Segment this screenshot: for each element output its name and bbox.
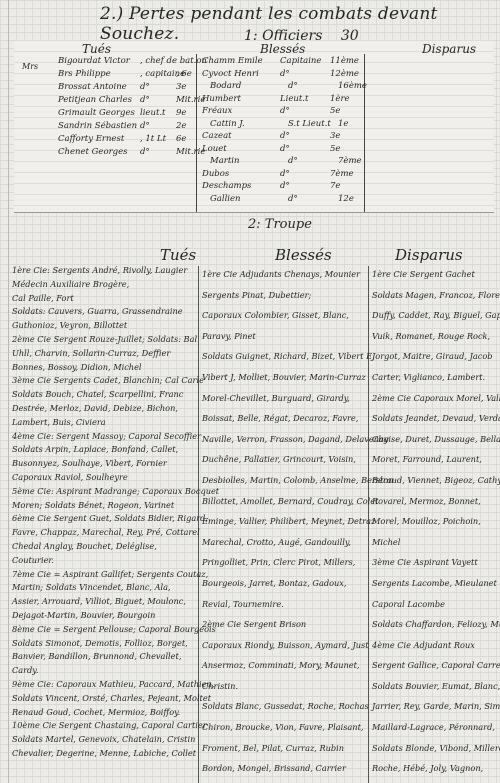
missing-entry-line: Vuik, Romanet, Rouge Rock, <box>372 326 500 347</box>
killed-entry-line: Cardy. <box>12 664 197 678</box>
officer-name: Brossat Antoine <box>58 82 127 92</box>
officer-killed-row: Grimault Georgeslieut.t9e <box>58 108 194 118</box>
missing-entry-line: Soldats Chaffardon, Feliozy, Mugard <box>372 614 500 635</box>
officer-grade: , chef de bat.on <box>140 56 207 66</box>
officers-column-missing: Disparus <box>422 42 476 56</box>
officers-column-killed: Tués <box>82 42 111 56</box>
officer-unit: 5e <box>330 144 340 154</box>
wounded-entry-line: Vibert J, Molliet, Bouvier, Marin-Curraz <box>202 367 367 388</box>
officer-grade: d° <box>280 169 290 179</box>
officer-grade: d° <box>140 95 150 105</box>
officer-grade: d° <box>280 131 290 141</box>
troop-killed-list: 1ère Cie: Sergents André, Rivolly, Laugi… <box>12 264 197 761</box>
officer-grade: d° <box>140 82 150 92</box>
column-divider <box>364 54 365 212</box>
killed-entry-line: Moren; Soldats Bénet, Rogeon, Varinet <box>12 499 197 513</box>
killed-entry-line: 4ème Cie: Sergent Massoy; Caporal Secoff… <box>12 430 197 444</box>
officer-killed-row: Cafforty Ernest, 1t Lt6e <box>58 134 194 144</box>
officer-wounded-row: Chamm EmileCapitaine11ème <box>202 56 362 66</box>
missing-entry-line: Sergent Gallice, Caporal Carre; <box>372 655 500 676</box>
killed-entry-line: Soldats Bouch, Chatel, Scarpellini, Fran… <box>12 388 197 402</box>
officer-unit: 16ème <box>338 81 367 91</box>
troop-missing-list: 1ère Cie Sergent GachetSoldats Magen, Fr… <box>372 264 500 779</box>
troop-column-wounded: Blessés <box>275 246 332 264</box>
killed-entry-line: Dejagot-Martin, Bouvier, Bourgoin <box>12 609 197 623</box>
officer-name: Fréaux <box>202 106 232 116</box>
missing-entry-line: Roche, Hébé, Joly, Vagnon, <box>372 758 500 779</box>
officer-unit: 7ème <box>338 156 362 166</box>
missing-entry-line: Moret, Farround, Laurent, <box>372 449 500 470</box>
missing-entry-line: Soldats Magen, Francoz, Floret <box>372 285 500 306</box>
wounded-entry-line: Ansermoz, Comminati, Mory, Maunet, <box>202 655 367 676</box>
wounded-entry-line: Eminge, Vallier, Philibert, Meynet, Detr… <box>202 511 367 532</box>
killed-entry-line: 1ère Cie: Sergents André, Rivolly, Laugi… <box>12 264 197 278</box>
officer-wounded-row: HumbertLieut.t1ère <box>202 94 362 104</box>
wounded-entry-line: 2ème Cie Sergent Brison <box>202 614 367 635</box>
officer-name: Chenet Georges <box>58 147 127 157</box>
officer-wounded-row: Galliend°12e <box>210 194 370 204</box>
killed-entry-line: 10ème Cie Sergent Chastaing, Caporal Car… <box>12 719 197 733</box>
killed-entry-line: Destrée, Merloz, David, Debize, Bichon, <box>12 402 197 416</box>
killed-entry-line: Renaud Goud, Cochet, Mermioz, Boiffoy. <box>12 706 197 720</box>
officer-wounded-row: Dubosd°7ème <box>202 169 362 179</box>
officer-wounded-row: Martind°7ème <box>210 156 370 166</box>
officer-wounded-row: Cattin J.S.t Lieut.t1e <box>210 119 370 129</box>
officer-wounded-row: Louetd°5e <box>202 144 362 154</box>
missing-entry-line: Sergents Lacombe, Mieulanet <box>372 573 500 594</box>
officer-wounded-row: Fréauxd°5e <box>202 106 362 116</box>
wounded-entry-line: Sergents Pinat, Dubettier; <box>202 285 367 306</box>
wounded-entry-line: Christin. <box>202 676 367 697</box>
officer-killed-row: Chenet Georgesd°Mit.rie <box>58 147 194 157</box>
killed-entry-line: Soldats: Cauvers, Guarra, Grassendraine <box>12 305 197 319</box>
margin-line <box>8 0 9 783</box>
officer-name: Chamm Emile <box>202 56 263 66</box>
officer-name: Martin <box>210 156 239 166</box>
officer-unit: 6e <box>176 134 186 144</box>
officer-name: Gallien <box>210 194 241 204</box>
officer-name: Brs Philippe <box>58 69 111 79</box>
officer-grade: d° <box>280 106 290 116</box>
killed-entry-line: Martin; Soldats Vincendet, Blanc, Ala, <box>12 581 197 595</box>
killed-entry-line: Couturier. <box>12 554 197 568</box>
officer-wounded-row: Bodardd°16ème <box>210 81 370 91</box>
missing-entry-line: 2ème Cie Caporaux Morel, Vallet <box>372 388 500 409</box>
officer-name: Cyvoct Henri <box>202 69 259 79</box>
officer-unit: 3e <box>176 82 186 92</box>
wounded-entry-line: Boissat, Belle, Régat, Decaroz, Favre, <box>202 408 367 429</box>
wounded-entry-line: 1ère Cie Adjudants Chenays, Mounier <box>202 264 367 285</box>
wounded-entry-line: Bordon, Mongel, Brissand, Carrier <box>202 758 367 779</box>
officers-prefix: Mrs <box>22 62 38 71</box>
officer-unit: Mit.rie <box>176 147 205 157</box>
missing-entry-line: Carter, Viglianco, Lambert. <box>372 367 500 388</box>
officer-grade: d° <box>280 69 290 79</box>
officer-unit: 9e <box>176 108 186 118</box>
killed-entry-line: Favre, Chappaz, Marechal, Rey, Pré, Cott… <box>12 526 197 540</box>
killed-entry-line: Bonnes, Bossoy, Didion, Michel <box>12 361 197 375</box>
officer-unit: 5e <box>330 106 340 116</box>
killed-entry-line: 9ème Cie: Caporaux Mathieu, Paccard, Mat… <box>12 678 197 692</box>
officer-grade: S.t Lieut.t <box>288 119 331 129</box>
officer-grade: d° <box>280 181 290 191</box>
missing-entry-line: Duffy, Caddet, Ray, Biguel, Gappey, <box>372 305 500 326</box>
wounded-entry-line: Desbiolles, Martin, Colomb, Anselme, Ber… <box>202 470 367 491</box>
officer-grade: , 1t Lt <box>140 134 166 144</box>
killed-entry-line: Assier, Arrouard, Villiot, Biguet, Moulo… <box>12 595 197 609</box>
wounded-entry-line: Pringolliet, Prin, Clerc Pirot, Millers, <box>202 552 367 573</box>
officer-grade: lieut.t <box>140 108 165 118</box>
killed-entry-line: Caporaux Raviol, Soulheyre <box>12 471 197 485</box>
officer-name: Deschamps <box>202 181 251 191</box>
officer-unit: 2e <box>176 121 186 131</box>
officer-name: Cazeat <box>202 131 232 141</box>
officer-grade: Capitaine <box>280 56 321 66</box>
wounded-entry-line: Soldats Guignet, Richard, Bizet, Vibert … <box>202 346 367 367</box>
officer-killed-row: Sandrin Sébastiend°2e <box>58 121 194 131</box>
officers-table: Tués Blessés Disparus Mrs Bigourdat Vict… <box>14 40 494 213</box>
officer-wounded-row: Cyvoct Henrid°12ème <box>202 69 362 79</box>
wounded-entry-line: Naville, Verron, Frasson, Dagand, Delave… <box>202 429 367 450</box>
officer-unit: 12ème <box>330 69 359 79</box>
troop-column-missing: Disparus <box>395 246 463 264</box>
missing-entry-line: Maillard-Lagrace, Péronnard, <box>372 717 500 738</box>
officer-grade: d° <box>288 194 298 204</box>
killed-entry-line: Soldats Martel, Genevoix, Chatelain, Cri… <box>12 733 197 747</box>
wounded-entry-line: Soldats Blanc, Gussedat, Roche, Rochas <box>202 696 367 717</box>
officer-name: Humbert <box>202 94 241 104</box>
officer-name: Bigourdat Victor <box>58 56 130 66</box>
officer-name: Sandrin Sébastien <box>58 121 137 131</box>
officers-column-wounded: Blessés <box>260 42 305 56</box>
missing-entry-line: Soldats Bouvier, Eumat, Blanc, <box>372 676 500 697</box>
officer-wounded-row: Cazeatd°3e <box>202 131 362 141</box>
notebook-page: 2.) Pertes pendant les combats devant So… <box>0 0 500 783</box>
killed-entry-line: 8ème Cie = Sergent Pellouse; Caporal Bou… <box>12 623 197 637</box>
officer-grade: Lieut.t <box>280 94 308 104</box>
missing-entry-line: Béraud, Viennet, Bigeoz, Cathy <box>372 470 500 491</box>
troop-heading: 2: Troupe <box>248 217 312 232</box>
killed-entry-line: Guthonioz, Veyron, Billottet <box>12 319 197 333</box>
wounded-entry-line: Froment, Bel, Pilat, Curraz, Rubin <box>202 738 367 759</box>
killed-entry-line: 7ème Cie = Aspirant Gallifet; Sergents C… <box>12 568 197 582</box>
missing-entry-line: Jorgot, Maitre, Giraud, Jacob <box>372 346 500 367</box>
killed-entry-line: Chevalier, Degerine, Menne, Labiche, Col… <box>12 747 197 761</box>
killed-entry-line: Busonnyez, Soulhaye, Vibert, Fornier <box>12 457 197 471</box>
column-divider <box>196 54 197 212</box>
officer-killed-row: Brossat Antoined°3e <box>58 82 194 92</box>
missing-entry-line: Caporal Lacombe <box>372 594 500 615</box>
killed-entry-line: Uhll, Charvin, Sollarin-Curraz, Deffier <box>12 347 197 361</box>
wounded-entry-line: Marechal, Crotto, Augé, Gandouilly, <box>202 532 367 553</box>
wounded-entry-line: Paravy, Pinet <box>202 326 367 347</box>
missing-entry-line: Michel <box>372 532 500 553</box>
killed-entry-line: Médecin Auxiliaire Brogère, <box>12 278 197 292</box>
officer-unit: Mit.rie <box>176 95 205 105</box>
officer-name: Petitjean Charles <box>58 95 132 105</box>
missing-entry-line: Jarrier, Rey, Garde, Marin, Simon <box>372 696 500 717</box>
killed-entry-line: Cal Paille, Fort <box>12 292 197 306</box>
missing-entry-line: Soldats Blonde, Vibond, Milleret, <box>372 738 500 759</box>
officer-grade: d° <box>280 144 290 154</box>
wounded-entry-line: Morel-Chevillet, Burguard, Girardy, <box>202 388 367 409</box>
missing-entry-line: Morel, Mouilloz, Poichoin, <box>372 511 500 532</box>
officer-wounded-row: Deschampsd°7e <box>202 181 362 191</box>
officer-unit: 12e <box>338 194 354 204</box>
wounded-entry-line: Caporaux Riondy, Buisson, Aymard, Just <box>202 635 367 656</box>
killed-entry-line: 2ème Cie Sergent Rouze-Juillet; Soldats:… <box>12 333 197 347</box>
officer-unit: 7e <box>330 181 340 191</box>
officer-killed-row: Bigourdat Victor, chef de bat.on <box>58 56 194 66</box>
column-divider <box>198 266 199 783</box>
wounded-entry-line: Chiron, Broucke, Vion, Favre, Plaisant, <box>202 717 367 738</box>
missing-entry-line: 4ème Cie Adjudant Roux <box>372 635 500 656</box>
missing-entry-line: Soldats Jeandet, Devaud, Verdany <box>372 408 500 429</box>
wounded-entry-line: Billottet, Amollet, Bernard, Coudray, Co… <box>202 491 367 512</box>
officer-name: Cattin J. <box>210 119 245 129</box>
officer-name: Dubos <box>202 169 229 179</box>
officer-unit: 1e <box>338 119 348 129</box>
officer-name: Cafforty Ernest <box>58 134 124 144</box>
missing-entry-line: 1ère Cie Sergent Gachet <box>372 264 500 285</box>
troop-wounded-list: 1ère Cie Adjudants Chenays, MounierSerge… <box>202 264 367 779</box>
killed-entry-line: Banvier, Bandillon, Brunnond, Chevallet, <box>12 650 197 664</box>
killed-entry-line: Soldats Simonot, Demotis, Follioz, Borge… <box>12 637 197 651</box>
officer-grade: d° <box>288 81 298 91</box>
officer-name: Louet <box>202 144 227 154</box>
officer-killed-row: Brs Philippe, capitaine, 6e <box>58 69 194 79</box>
wounded-entry-line: Caporaux Colombier, Gisset, Blanc, <box>202 305 367 326</box>
killed-entry-line: Chedal Anglay, Bouchet, Deléglise, <box>12 540 197 554</box>
killed-entry-line: Lambert, Buis, Civiera <box>12 416 197 430</box>
troop-column-killed: Tués <box>160 246 196 264</box>
officer-unit: , 6e <box>176 69 192 79</box>
officer-unit: 11ème <box>330 56 359 66</box>
killed-entry-line: 5ème Cie: Aspirant Madrange; Caporaux Bo… <box>12 485 197 499</box>
killed-entry-line: 3ème Cie Sergents Cadet, Blanchin; Cal C… <box>12 374 197 388</box>
officer-name: Grimault Georges <box>58 108 135 118</box>
officer-unit: 7ème <box>330 169 354 179</box>
wounded-entry-line: Duchêne, Pallatier, Grincourt, Voisin, <box>202 449 367 470</box>
killed-entry-line: Soldats Vincent, Orsté, Charles, Pejeant… <box>12 692 197 706</box>
officer-unit: 3e <box>330 131 340 141</box>
missing-entry-line: Chaise, Duret, Dussauge, Bellaria <box>372 429 500 450</box>
missing-entry-line: 3ème Cie Aspirant Vayett <box>372 552 500 573</box>
killed-entry-line: Soldats Arpin, Laplace, Bonfand, Callet, <box>12 443 197 457</box>
wounded-entry-line: Bourgeois, Jarret, Bontaz, Gadoux, <box>202 573 367 594</box>
officer-grade: d° <box>140 147 150 157</box>
missing-entry-line: Rovarel, Mermoz, Bonnet, <box>372 491 500 512</box>
officer-grade: d° <box>288 156 298 166</box>
officer-name: Bodard <box>210 81 241 91</box>
wounded-entry-line: Revial, Tournemire. <box>202 594 367 615</box>
officer-killed-row: Petitjean Charlesd°Mit.rie <box>58 95 194 105</box>
officer-grade: d° <box>140 121 150 131</box>
officer-unit: 1ère <box>330 94 350 104</box>
killed-entry-line: 6ème Cie Sergent Guet, Soldats Bidier, R… <box>12 512 197 526</box>
